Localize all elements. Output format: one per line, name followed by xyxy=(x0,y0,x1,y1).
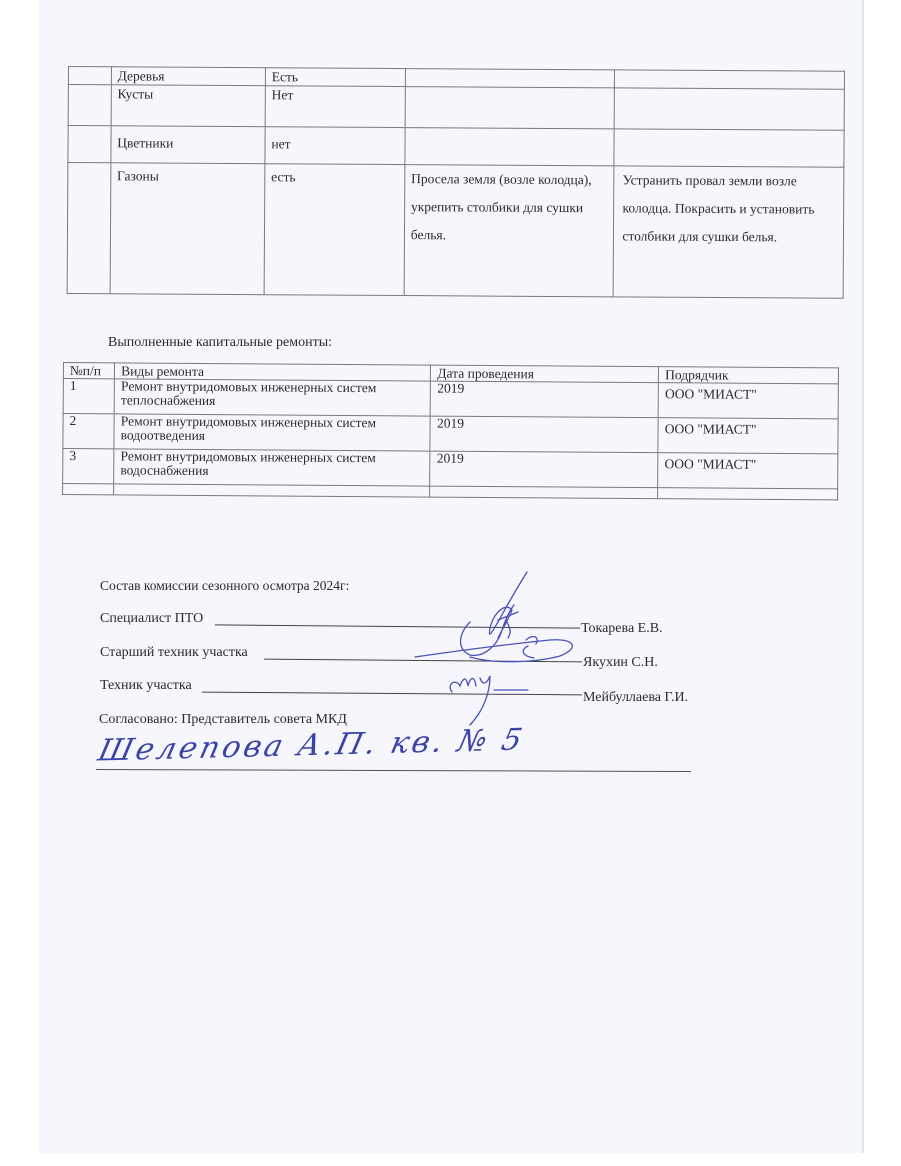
table-row: 3 Ремонт внутридомовых инженерных систем… xyxy=(63,449,838,489)
header-contractor: Подрядчик xyxy=(659,367,839,384)
element-name: Деревья xyxy=(111,67,265,86)
row-number xyxy=(67,163,111,294)
condition-text xyxy=(405,87,615,129)
repair-date: 2019 xyxy=(430,416,658,453)
signature-underline xyxy=(215,624,580,628)
repair-date: 2019 xyxy=(430,451,658,488)
row-number: 3 xyxy=(63,449,114,484)
landscaping-table: Деревья Есть Кусты Нет Цветники нет Газо… xyxy=(67,66,845,299)
repair-type: Ремонт внутридомовых инженерных систем в… xyxy=(114,449,430,486)
table-row: Цветники нет xyxy=(68,126,844,168)
row-number xyxy=(68,67,111,85)
element-name: Цветники xyxy=(111,126,265,164)
table-row: Кусты Нет xyxy=(68,85,844,131)
signature-line-pto: Специалист ПТО Токарева Е.В. xyxy=(100,611,700,629)
repair-type: Ремонт внутридомовых инженерных систем т… xyxy=(114,379,430,416)
condition-text: Просела земля (возле колодца), укрепить … xyxy=(404,165,614,297)
presence-value: Нет xyxy=(265,86,405,128)
repairs-table: №п/п Виды ремонта Дата проведения Подряд… xyxy=(62,362,839,500)
member-name: Токарева Е.В. xyxy=(581,621,663,637)
repair-contractor: ООО "МИАСТ" xyxy=(658,453,838,489)
header-date: Дата проведения xyxy=(431,365,659,383)
member-role: Специалист ПТО xyxy=(100,611,203,627)
signature-underline xyxy=(202,692,582,696)
repairs-caption: Выполненные капитальные ремонты: xyxy=(108,335,332,351)
presence-value: нет xyxy=(265,127,405,165)
element-name: Кусты xyxy=(111,85,265,127)
signature-underline xyxy=(264,659,582,663)
action-text: Устранить провал земли возле колодца. По… xyxy=(614,166,844,298)
action-text xyxy=(614,129,844,167)
row-number xyxy=(63,484,114,495)
element-name: Газоны xyxy=(110,163,265,295)
presence-value: есть xyxy=(264,164,405,296)
signature-line-tech: Техник участка Мейбуллаева Г.И. xyxy=(100,678,720,696)
table-row: Газоны есть Просела земля (возле колодца… xyxy=(67,163,844,299)
condition-text xyxy=(405,128,615,166)
repair-type xyxy=(114,484,430,497)
member-role: Старший техник участка xyxy=(100,645,248,661)
repair-contractor xyxy=(658,488,838,500)
row-number xyxy=(68,126,111,163)
header-num: №п/п xyxy=(63,363,114,379)
approved-label: Согласовано: Представитель совета МКД xyxy=(99,712,347,728)
member-name: Якухин С.Н. xyxy=(583,655,658,671)
member-name: Мейбуллаева Г.И. xyxy=(583,690,688,706)
row-number: 1 xyxy=(63,379,114,414)
repair-type: Ремонт внутридомовых инженерных систем в… xyxy=(114,414,430,451)
row-number xyxy=(68,85,111,126)
repair-date: 2019 xyxy=(431,381,659,418)
repair-date xyxy=(430,486,658,499)
row-number: 2 xyxy=(63,414,114,449)
action-text xyxy=(615,88,845,130)
member-role: Техник участка xyxy=(100,678,192,694)
action-text xyxy=(615,70,845,89)
repair-contractor: ООО "МИАСТ" xyxy=(658,383,838,419)
signature-line-senior-tech: Старший техник участка Якухин С.Н. xyxy=(100,645,700,663)
repair-contractor: ООО "МИАСТ" xyxy=(658,418,838,454)
condition-text xyxy=(405,69,615,88)
commission-title: Состав комиссии сезонного осмотра 2024г: xyxy=(100,578,349,594)
presence-value: Есть xyxy=(265,68,405,87)
